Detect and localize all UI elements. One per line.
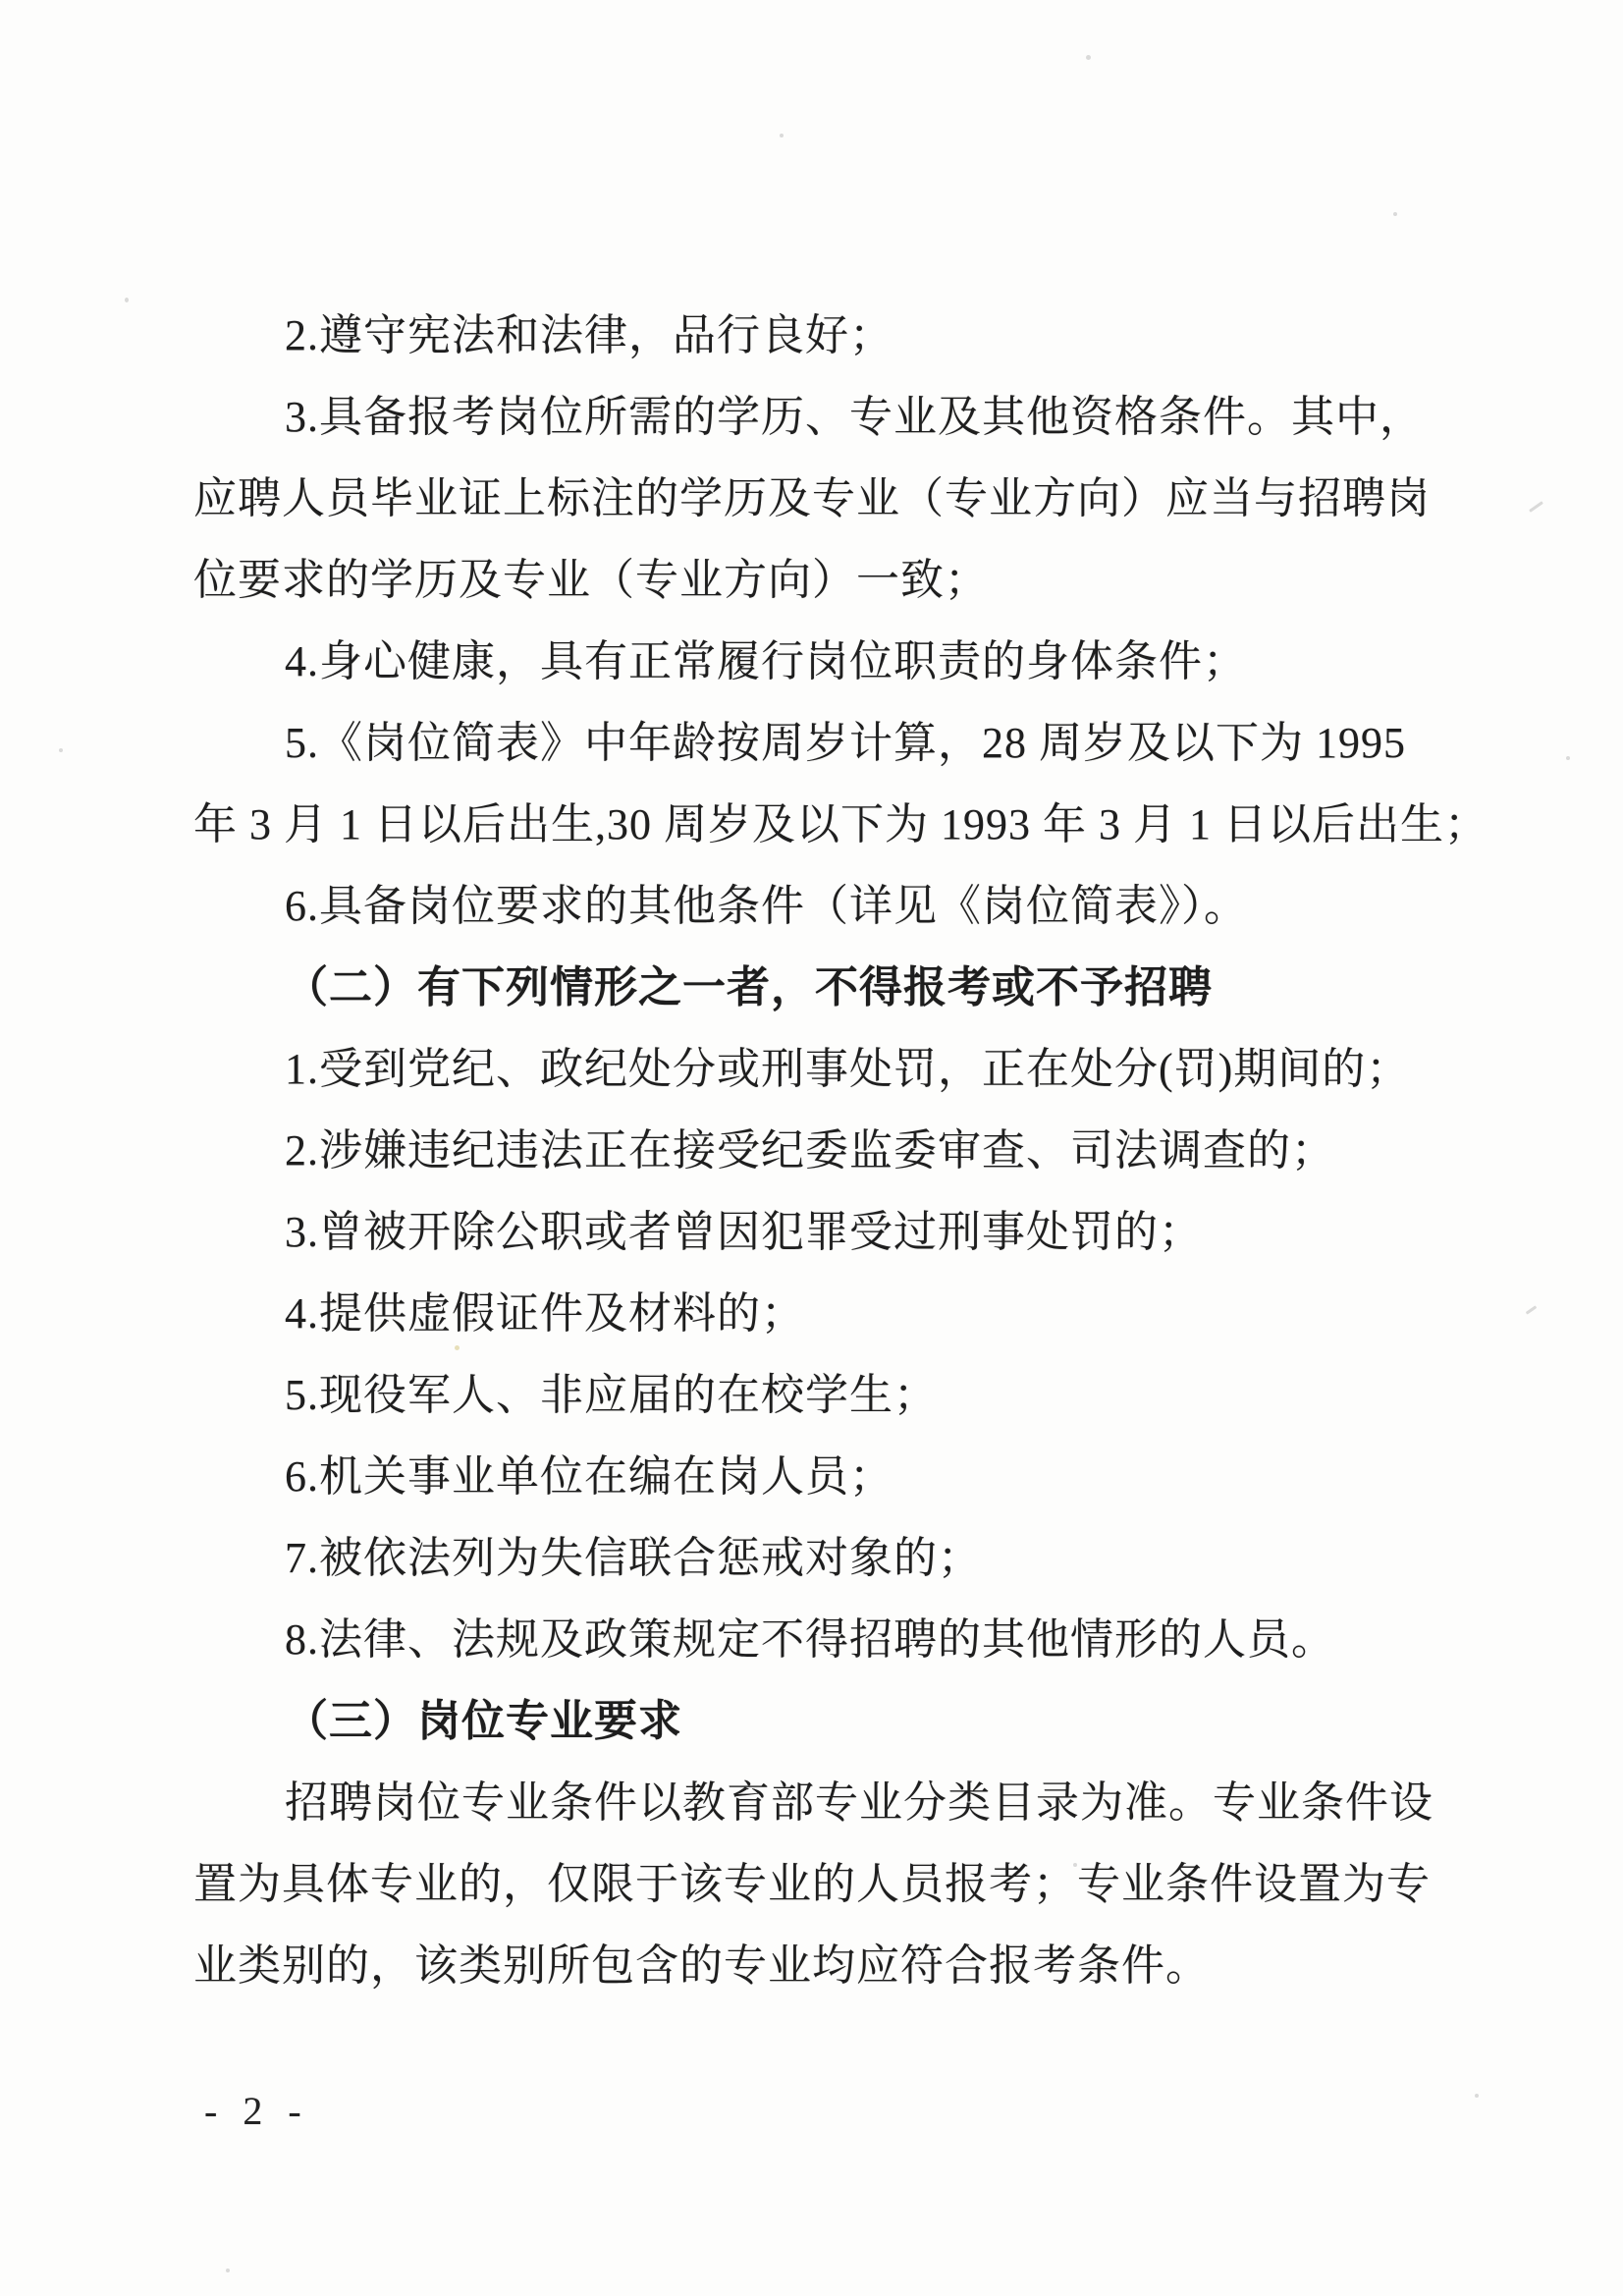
text-line: 7.被依法列为失信联合惩戒对象的； xyxy=(193,1517,1460,1599)
page-number: - 2 - xyxy=(204,2088,309,2134)
text-line: 业类别的，该类别所包含的专业均应符合报考条件。 xyxy=(193,1925,1460,2006)
scan-speck xyxy=(1526,1305,1538,1314)
scan-speck xyxy=(1393,212,1397,216)
scan-speck xyxy=(1475,2094,1479,2098)
text-line: 1.受到党纪、政纪处分或刑事处罚，正在处分(罚)期间的； xyxy=(193,1028,1460,1110)
scan-speck xyxy=(226,2269,230,2272)
scan-speck xyxy=(59,748,63,752)
text-line: 4.身心健康，具有正常履行岗位职责的身体条件； xyxy=(193,621,1460,702)
text-line: 2.遵守宪法和法律，品行良好； xyxy=(193,295,1460,376)
text-line: 置为具体专业的，仅限于该专业的人员报考；专业条件设置为专 xyxy=(193,1843,1460,1925)
text-line: 应聘人员毕业证上标注的学历及专业（专业方向）应当与招聘岗 xyxy=(193,458,1460,539)
text-line: 4.提供虚假证件及材料的； xyxy=(193,1273,1460,1354)
text-line: 3.具备报考岗位所需的学历、专业及其他资格条件。其中， xyxy=(193,376,1460,458)
text-line: 5.现役军人、非应届的在校学生； xyxy=(193,1354,1460,1436)
document-page: 2.遵守宪法和法律，品行良好； 3.具备报考岗位所需的学历、专业及其他资格条件。… xyxy=(0,0,1623,2296)
scan-speck xyxy=(1529,501,1543,513)
text-line: 8.法律、法规及政策规定不得招聘的其他情形的人员。 xyxy=(193,1599,1460,1680)
document-body: 2.遵守宪法和法律，品行良好； 3.具备报考岗位所需的学历、专业及其他资格条件。… xyxy=(193,295,1460,2006)
text-line: 招聘岗位专业条件以教育部专业分类目录为准。专业条件设 xyxy=(193,1762,1460,1843)
scan-speck xyxy=(1566,756,1570,760)
text-line: 年 3 月 1 日以后出生,30 周岁及以下为 1993 年 3 月 1 日以后… xyxy=(193,784,1460,865)
text-line: 6.机关事业单位在编在岗人员； xyxy=(193,1436,1460,1517)
text-line: 3.曾被开除公职或者曾因犯罪受过刑事处罚的； xyxy=(193,1191,1460,1273)
section-heading: （二）有下列情形之一者，不得报考或不予招聘 xyxy=(193,947,1460,1028)
scan-speck xyxy=(1086,55,1091,60)
scan-speck xyxy=(780,134,784,137)
section-heading: （三）岗位专业要求 xyxy=(193,1680,1460,1762)
text-line: 2.涉嫌违纪违法正在接受纪委监委审查、司法调查的； xyxy=(193,1110,1460,1191)
text-line: 5.《岗位简表》中年龄按周岁计算，28 周岁及以下为 1995 xyxy=(193,702,1460,784)
text-line: 位要求的学历及专业（专业方向）一致； xyxy=(193,539,1460,621)
scan-speck xyxy=(125,298,129,302)
text-line: 6.具备岗位要求的其他条件（详见《岗位简表》）。 xyxy=(193,865,1460,947)
